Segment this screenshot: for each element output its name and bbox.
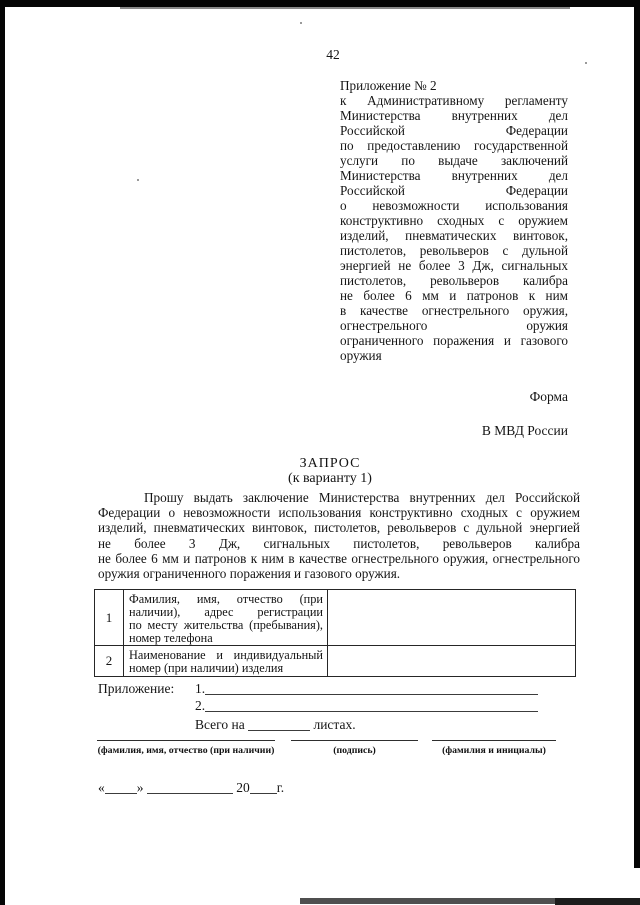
form-label: Форма — [340, 389, 568, 405]
appendix-header-line: пистолетов, револьверов с дульной — [340, 243, 568, 258]
paragraph-line: не более 3 Дж, сигнальных пистолетов, ре… — [98, 536, 580, 551]
paragraph-line: изделий, пневматических винтовок, пистол… — [98, 520, 580, 535]
appendix-header-line: Министерства внутренних дел — [340, 168, 568, 183]
scan-artifact-top-gray — [120, 7, 570, 9]
table-value-cell — [328, 646, 575, 676]
appendix-header-line: в качестве огнестрельного оружия, — [340, 303, 568, 318]
date-line: «» 20г. — [98, 780, 284, 796]
attachment-item: 2. — [195, 698, 540, 715]
request-title-block: ЗАПРОС (к варианту 1) — [100, 456, 560, 486]
table-row-number: 2 — [95, 646, 124, 676]
signature-caption: (фамилия, имя, отчество (при наличии) — [97, 745, 275, 756]
appendix-header-line: к Административному регламенту — [340, 93, 568, 108]
scan-speck — [585, 62, 587, 64]
scan-artifact-bottom-dark — [555, 898, 640, 905]
open-quote: « — [98, 780, 105, 795]
signature-col-initials: (фамилия и инициалы) — [432, 740, 556, 756]
total-sheets-blank — [248, 718, 310, 731]
appendix-header-line: конструктивно сходных с оружием — [340, 213, 568, 228]
attachment-blank-line — [205, 682, 538, 695]
appendix-header-line: изделий, пневматических винтовок, — [340, 228, 568, 243]
close-quote: » — [137, 780, 144, 795]
page-number: 42 — [100, 47, 566, 63]
attachments-total: Всего на листах. — [195, 717, 356, 733]
appendix-header: Приложение № 2 к Административному регла… — [340, 78, 568, 363]
appendix-header-line: Российской Федерации — [340, 123, 568, 138]
appendix-header-line: по предоставлению государственной — [340, 138, 568, 153]
appendix-header-line: о невозможности использования — [340, 198, 568, 213]
appendix-header-line: оружия — [340, 348, 568, 363]
addressee: В МВД России — [340, 423, 568, 439]
signature-caption: (фамилия и инициалы) — [432, 745, 556, 756]
paragraph-line: Прошу выдать заключение Министерства вну… — [98, 490, 580, 505]
table-row-number: 1 — [95, 590, 124, 645]
appendix-header-line: огнестрельного оружия — [340, 318, 568, 333]
signature-caption: (подпись) — [291, 745, 418, 756]
attachments-label: Приложение: — [98, 681, 174, 697]
year-blank — [250, 781, 277, 794]
signature-section: (фамилия, имя, отчество (при наличии) (п… — [97, 740, 556, 756]
year-suffix: г. — [277, 780, 284, 795]
appendix-header-line: ограниченного поражения и газового — [340, 333, 568, 348]
scan-speck — [137, 179, 139, 181]
table-row-label: Наименование и индивидуальный номер (при… — [124, 646, 328, 676]
body-paragraph: Прошу выдать заключение Министерства вну… — [98, 490, 580, 581]
appendix-header-line: Приложение № 2 — [340, 78, 568, 93]
request-title: ЗАПРОС — [100, 456, 560, 471]
appendix-header-line: энергией не более 3 Дж, сигнальных — [340, 258, 568, 273]
table-row: 2 Наименование и индивидуальный номер (п… — [95, 645, 575, 676]
table-value-cell — [328, 590, 575, 645]
signature-col-name: (фамилия, имя, отчество (при наличии) — [97, 740, 275, 756]
month-blank — [147, 781, 233, 794]
scan-speck — [300, 22, 302, 24]
appendix-header-line: услуги по выдаче заключений — [340, 153, 568, 168]
year-century: 20 — [236, 780, 250, 795]
appendix-header-line: Министерства внутренних дел — [340, 108, 568, 123]
request-subtitle: (к варианту 1) — [100, 471, 560, 486]
paragraph-line: Федерации о невозможности использования … — [98, 505, 580, 520]
paragraph-line: не более 6 мм и патронов к ним в качеств… — [98, 551, 580, 566]
scan-artifact-right — [634, 0, 640, 868]
appendix-header-line: не более 6 мм и патронов к ним — [340, 288, 568, 303]
attachment-item: 1. — [195, 681, 540, 698]
signature-col-signature: (подпись) — [291, 740, 418, 756]
scanned-document-page: 42 Приложение № 2 к Административному ре… — [0, 0, 640, 905]
request-table: 1 Фамилия, имя, отчество (при наличии), … — [94, 589, 576, 677]
day-blank — [105, 781, 137, 794]
appendix-header-line: пистолетов, револьверов калибра — [340, 273, 568, 288]
table-row-label: Фамилия, имя, отчество (при наличии), ад… — [124, 590, 328, 645]
scan-artifact-left — [0, 0, 5, 905]
appendix-header-line: Российской Федерации — [340, 183, 568, 198]
paragraph-line: оружия ограниченного поражения и газовог… — [98, 566, 580, 581]
table-row: 1 Фамилия, имя, отчество (при наличии), … — [95, 590, 575, 645]
scan-artifact-top — [0, 0, 640, 7]
attachment-blank-line — [205, 699, 538, 712]
